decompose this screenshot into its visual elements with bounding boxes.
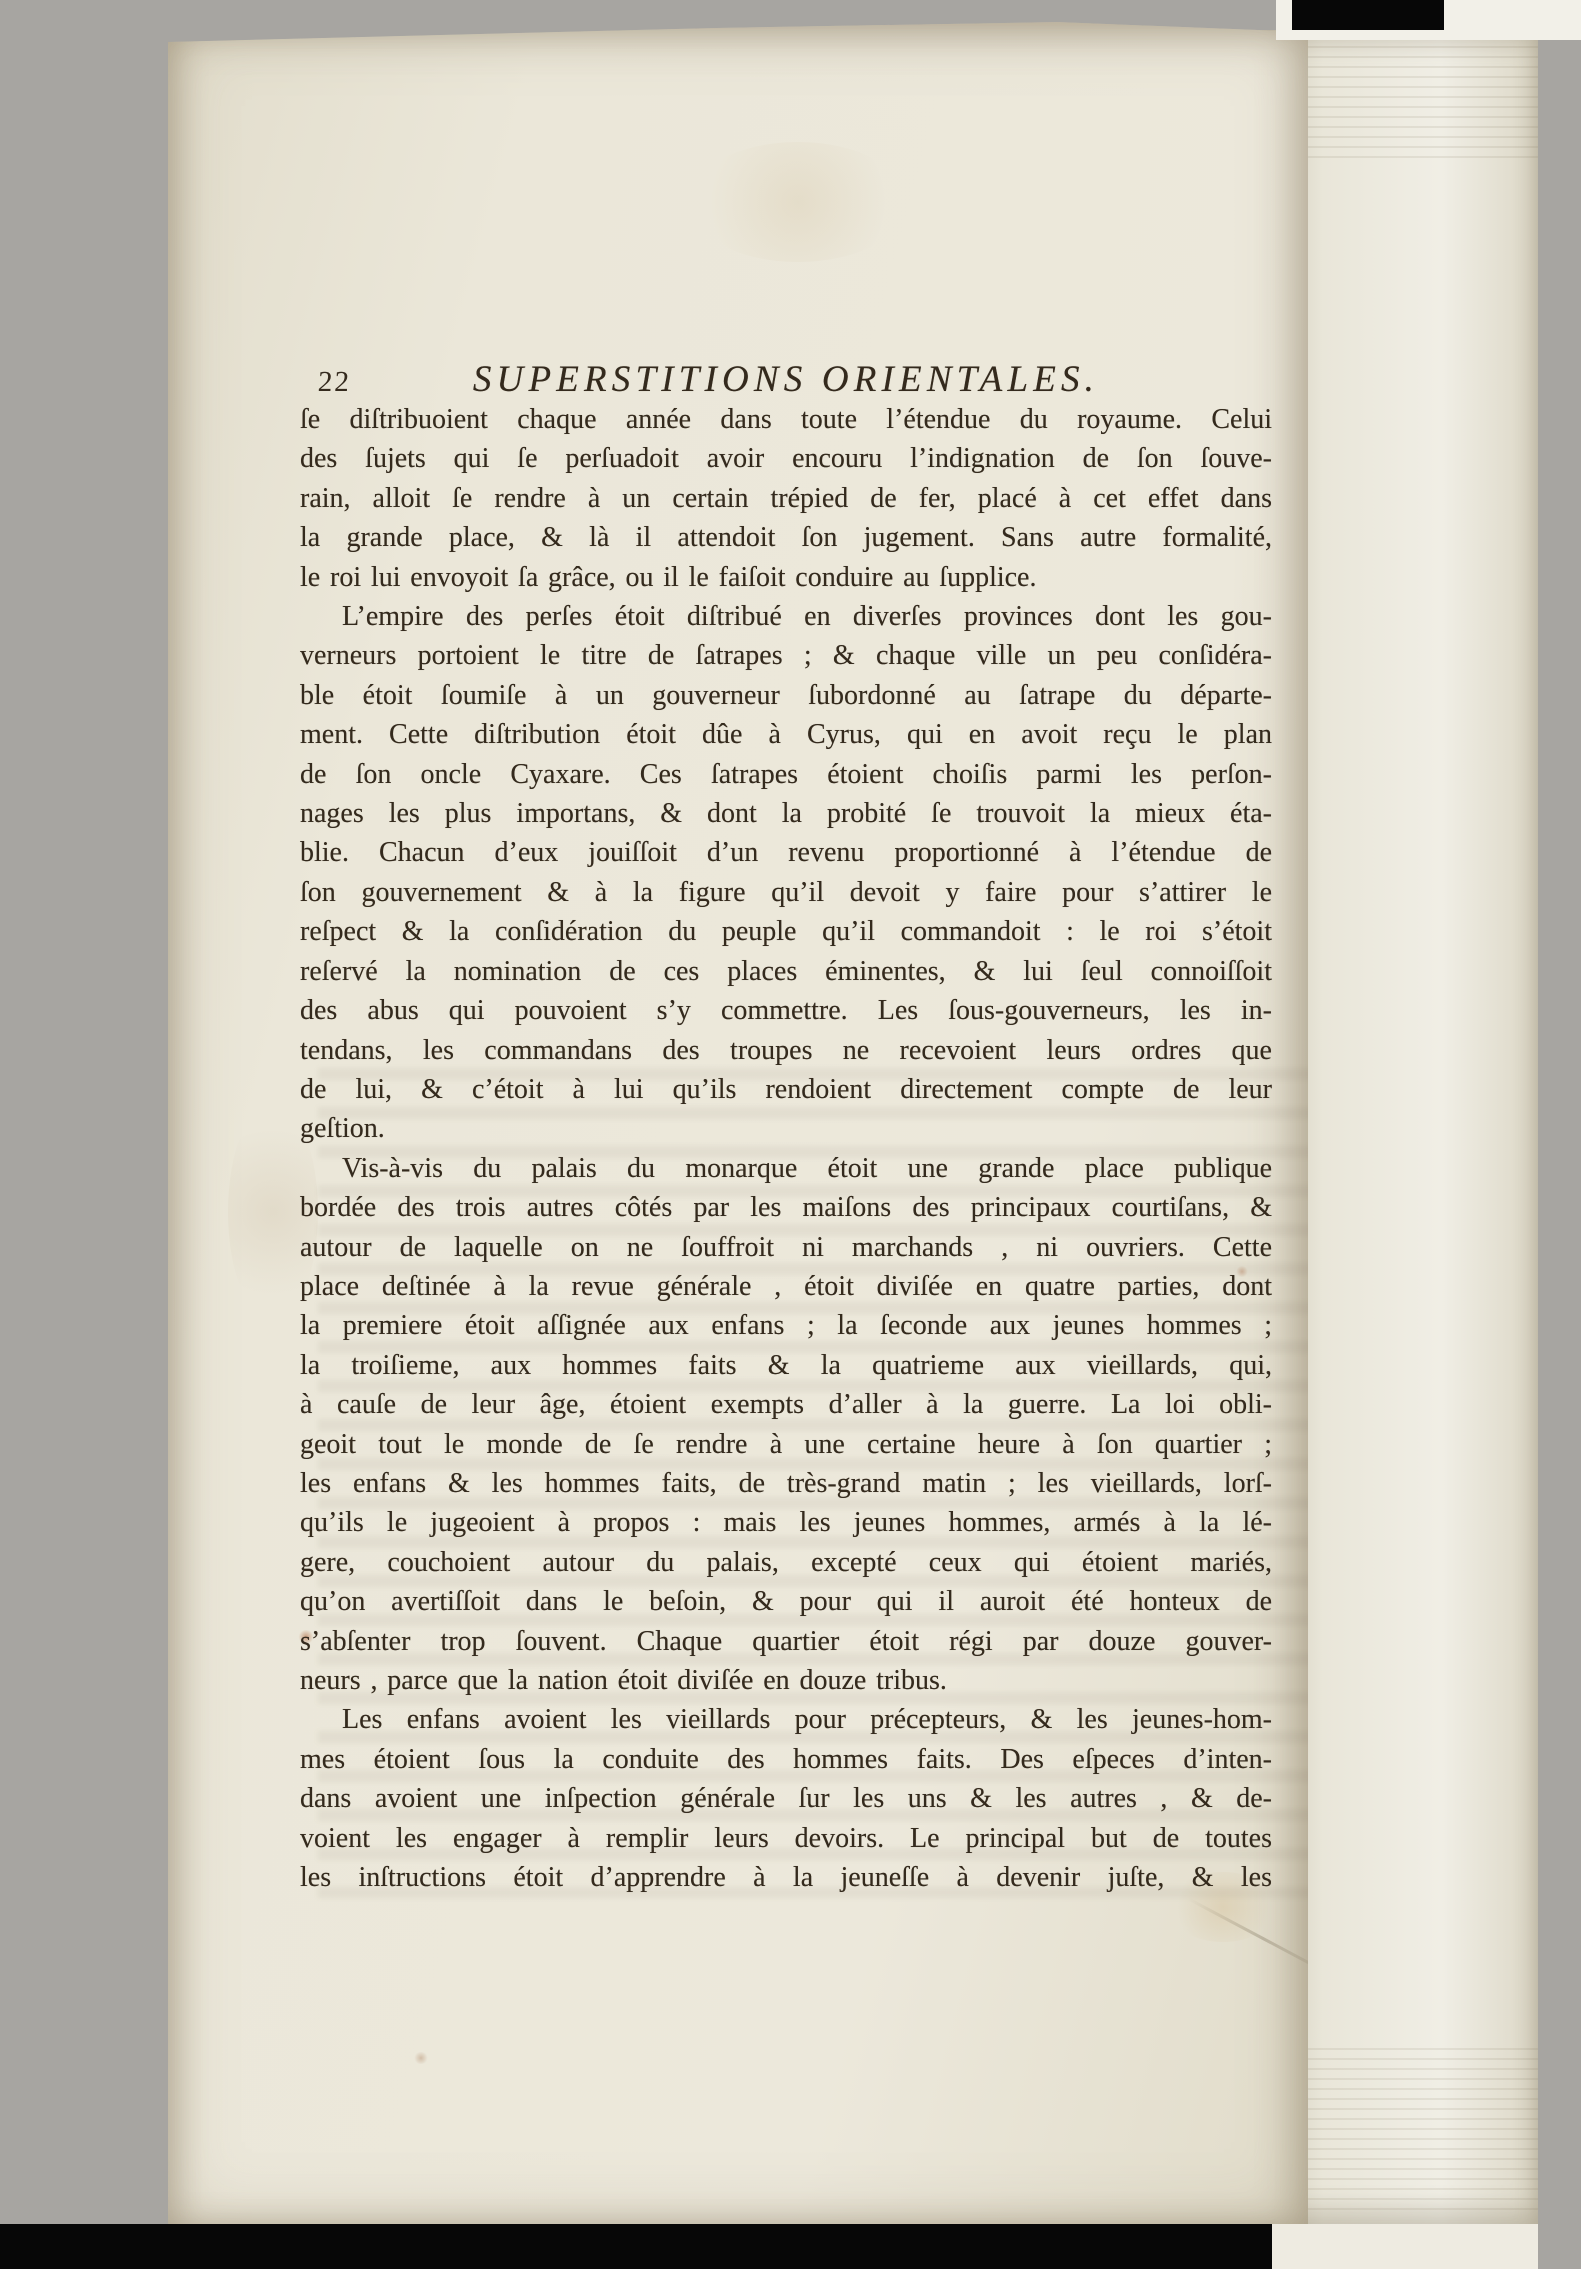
white-strip-bottom-right — [1272, 2224, 1538, 2269]
text-line: ſon gouvernement & à la figure qu’il dev… — [300, 873, 1272, 912]
text-line: qu’ils le jugeoient à propos : mais les … — [300, 1503, 1272, 1542]
text-line: tendans, les commandans des troupes ne r… — [300, 1031, 1272, 1070]
text-line: place deſtinée à la revue générale , éto… — [300, 1267, 1272, 1306]
text-line: nages les plus importans, & dont la prob… — [300, 794, 1272, 833]
text-line: gere, couchoient autour du palais, excep… — [300, 1543, 1272, 1582]
text-line: rain, alloit ſe rendre à un certain trép… — [300, 479, 1272, 518]
text-block: ſe diſtribuoient chaque année dans toute… — [300, 400, 1272, 1897]
text-line: les enfans & les hommes faits, de très-g… — [300, 1464, 1272, 1503]
text-line: L’empire des perſes étoit diſtribué en d… — [300, 597, 1272, 636]
text-line: blie. Chacun d’eux jouiſſoit d’un revenu… — [300, 833, 1272, 872]
text-line: de lui, & c’étoit à lui qu’ils rendoient… — [300, 1070, 1272, 1109]
text-line: de ſon oncle Cyaxare. Ces ſatrapes étoie… — [300, 755, 1272, 794]
text-line: s’abſenter trop ſouvent. Chaque quartier… — [300, 1622, 1272, 1661]
paragraph: Vis-à-vis du palais du monarque étoit un… — [300, 1149, 1272, 1701]
text-line: verneurs portoient le titre de ſatrapes … — [300, 636, 1272, 675]
text-line: reſpect & la conſidération du peuple qu’… — [300, 912, 1272, 951]
text-line: dans avoient une inſpection générale ſur… — [300, 1779, 1272, 1818]
foxing-spot — [414, 2052, 428, 2064]
text-line: ble étoit ſoumiſe à un gouverneur ſubord… — [300, 676, 1272, 715]
text-line: Vis-à-vis du palais du monarque étoit un… — [300, 1149, 1272, 1188]
text-line: la troiſieme, aux hommes faits & la quat… — [300, 1346, 1272, 1385]
text-line: neurs , parce que la nation étoit diviſé… — [300, 1661, 1272, 1700]
text-line: ſe diſtribuoient chaque année dans toute… — [300, 400, 1272, 439]
paragraph: Les enfans avoient les vieillards pour p… — [300, 1700, 1272, 1897]
text-line: la premiere étoit aſſignée aux enfans ; … — [300, 1306, 1272, 1345]
text-line: la grande place, & là il attendoit ſon j… — [300, 518, 1272, 557]
text-line: les inſtructions étoit d’apprendre à la … — [300, 1858, 1272, 1897]
text-line: le roi lui envoyoit ſa grâce, ou il le f… — [300, 558, 1272, 597]
black-bar-top-right — [1292, 0, 1444, 30]
running-title: SUPERSTITIONS ORIENTALES. — [300, 358, 1272, 401]
text-line: reſervé la nomination de ces places émin… — [300, 952, 1272, 991]
text-line: geſtion. — [300, 1109, 1272, 1148]
text-line: autour de laquelle on ne ſouffroit ni ma… — [300, 1228, 1272, 1267]
paragraph: L’empire des perſes étoit diſtribué en d… — [300, 597, 1272, 1149]
text-line: geoit tout le monde de ſe rendre à une c… — [300, 1425, 1272, 1464]
text-line: bordée des trois autres côtés par les ma… — [300, 1188, 1272, 1227]
paragraph: ſe diſtribuoient chaque année dans toute… — [300, 400, 1272, 597]
photo-of-book-page: 22 SUPERSTITIONS ORIENTALES. ſe diſtribu… — [0, 0, 1581, 2269]
text-line: ment. Cette diſtribution étoit dûe à Cyr… — [300, 715, 1272, 754]
text-line: à cauſe de leur âge, étoient exempts d’a… — [300, 1385, 1272, 1424]
text-line: qu’on avertiſſoit dans le beſoin, & pour… — [300, 1582, 1272, 1621]
text-line: Les enfans avoient les vieillards pour p… — [300, 1700, 1272, 1739]
black-bar-bottom — [0, 2224, 1272, 2269]
text-line: mes étoient ſous la conduite des hommes … — [300, 1740, 1272, 1779]
text-line: des abus qui pouvoient s’y commettre. Le… — [300, 991, 1272, 1030]
text-line: des ſujets qui ſe perſuadoit avoir encou… — [300, 439, 1272, 478]
paper-stain — [688, 142, 908, 262]
book-page: 22 SUPERSTITIONS ORIENTALES. ſe diſtribu… — [168, 22, 1308, 2226]
text-line: voient les engager à remplir leurs devoi… — [300, 1819, 1272, 1858]
